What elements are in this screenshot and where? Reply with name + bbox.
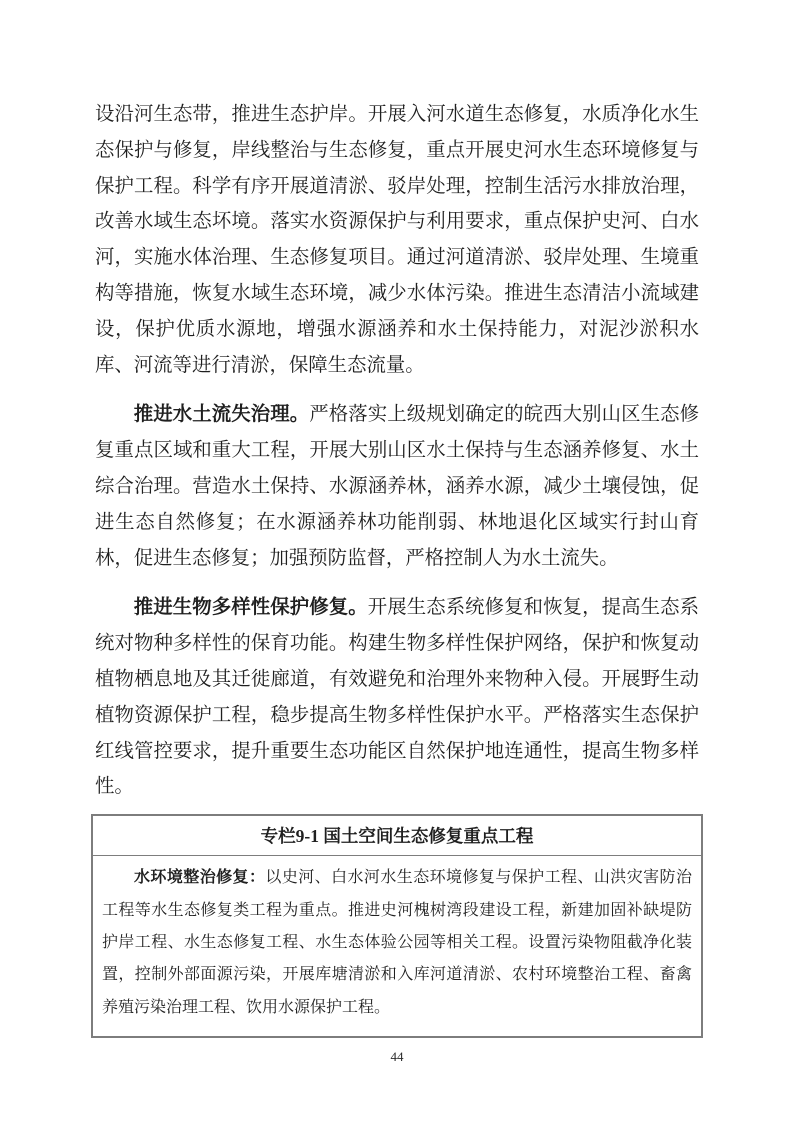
page-number: 44 (391, 1049, 404, 1064)
paragraph-lead: 推进水土流失治理。 (134, 404, 309, 425)
callout-text: 以史河、白水河水生态环境修复与保护工程、山洪灾害防治工程等水生态修复类工程为重点… (102, 869, 692, 1016)
paragraph-soil-erosion: 推进水土流失治理。严格落实上级规划确定的皖西大别山区生态修复重点区域和重大工程，… (95, 397, 699, 576)
document-page: 设沿河生态带，推进生态护岸。开展入河水道生态修复，水质净化水生态保护与修复，岸线… (0, 0, 794, 1122)
callout-title: 专栏9-1 国土空间生态修复重点工程 (93, 816, 701, 856)
page-body: 设沿河生态带，推进生态护岸。开展入河水道生态修复，水质净化水生态保护与修复，岸线… (0, 0, 794, 1065)
callout-paragraph: 水环境整治修复：以史河、白水河水生态环境修复与保护工程、山洪灾害防治工程等水生态… (102, 862, 692, 1024)
paragraph-text: 严格落实上级规划确定的皖西大别山区生态修复重点区域和重大工程，开展大别山区水土保… (95, 404, 699, 568)
paragraph-biodiversity: 推进生物多样性保护修复。开展生态系统修复和恢复，提高生态系统对物种多样性的保育功… (95, 590, 699, 805)
paragraph-lead: 推进生物多样性保护修复。 (134, 597, 368, 618)
callout-box: 专栏9-1 国土空间生态修复重点工程 水环境整治修复：以史河、白水河水生态环境修… (91, 814, 703, 1038)
callout-lead: 水环境整治修复： (134, 869, 265, 886)
paragraph-text: 开展生态系统修复和恢复，提高生态系统对物种多样性的保育功能。构建生物多样性保护网… (95, 597, 699, 797)
callout-body: 水环境整治修复：以史河、白水河水生态环境修复与保护工程、山洪灾害防治工程等水生态… (93, 856, 701, 1036)
paragraph-text: 设沿河生态带，推进生态护岸。开展入河水道生态修复，水质净化水生态保护与修复，岸线… (95, 104, 699, 376)
page-footer: 44 (95, 1049, 699, 1065)
paragraph-continuation: 设沿河生态带，推进生态护岸。开展入河水道生态修复，水质净化水生态保护与修复，岸线… (95, 97, 699, 383)
